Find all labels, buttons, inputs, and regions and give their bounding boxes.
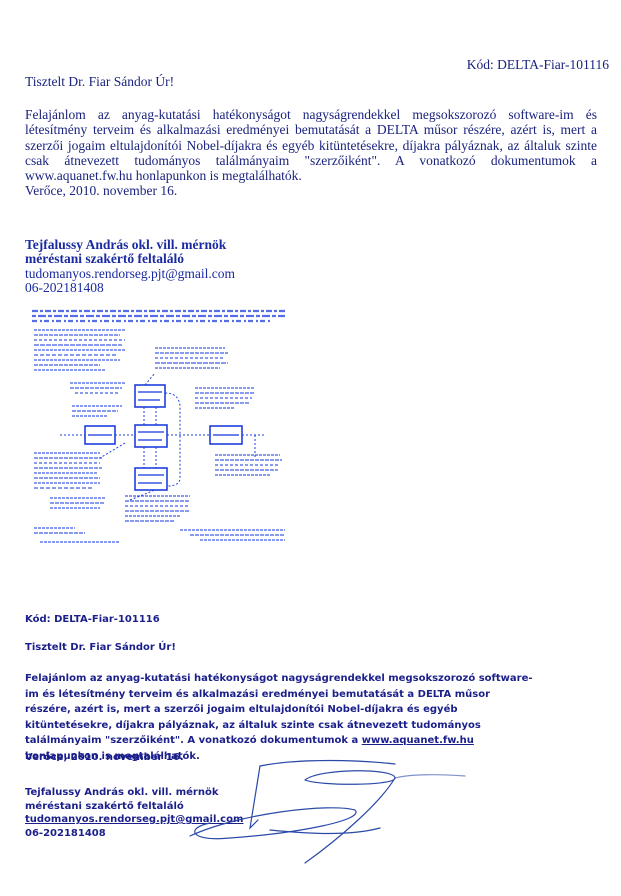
body-paragraph: Felajánlom az anyag-kutatási hatékonyság…: [25, 107, 597, 183]
scanned-block-diagram: [30, 308, 320, 544]
document-code: Kód: DELTA-Fiar-101116: [467, 57, 609, 73]
author-phone: 06-202181408: [25, 281, 235, 295]
place-date: Verőce, 2010. november 16.: [25, 183, 177, 199]
place-date-copy: Verőce, 2010. november 16.: [25, 752, 184, 763]
author-name: Tejfalussy András okl. vill. mérnök: [25, 238, 235, 252]
body-paragraph-copy: Felajánlom az anyag-kutatási hatékonyság…: [25, 671, 535, 765]
author-email: tudomanyos.rendorseg.pjt@gmail.com: [25, 267, 235, 281]
author-title: méréstani szakértő feltaláló: [25, 252, 235, 266]
website-link[interactable]: www.aquanet.fw.hu: [362, 735, 474, 746]
signature-block: Tejfalussy András okl. vill. mérnök méré…: [25, 238, 235, 295]
document-code-copy: Kód: DELTA-Fiar-101116: [25, 614, 160, 625]
greeting: Tisztelt Dr. Fiar Sándor Úr!: [25, 74, 174, 90]
handwritten-signature: [180, 758, 480, 878]
greeting-copy: Tisztelt Dr. Fiar Sándor Úr!: [25, 642, 176, 653]
